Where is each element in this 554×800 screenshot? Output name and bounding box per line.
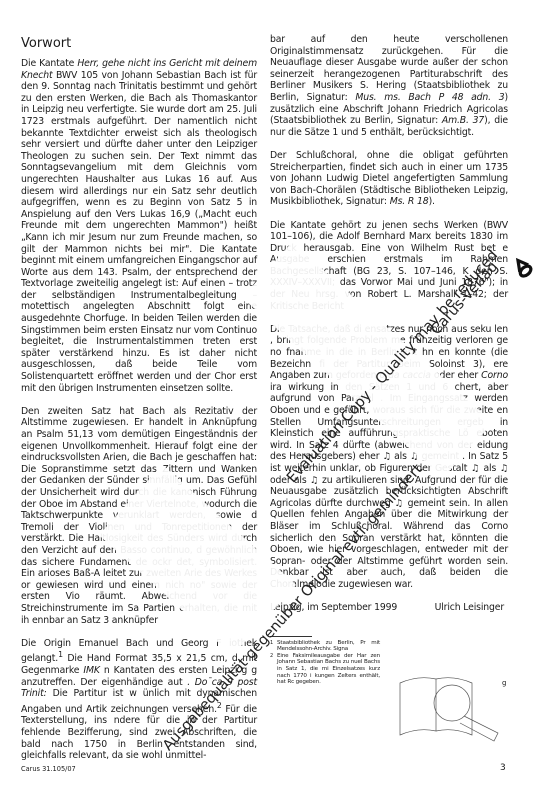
signature-line: Leipzig, im September 1999 Ulrich Leisin… [270, 602, 508, 614]
page-number: 3 [500, 763, 506, 773]
paragraph-closing-chorale: Der Schlußchoral, ohne die obligat gefüh… [270, 150, 508, 208]
catalog-number: Carus 31.105/07 [21, 765, 76, 773]
paragraph-intro: Die Kantate Herr, gehe nicht ins Gericht… [21, 58, 257, 394]
stray-glyph: g [502, 679, 506, 687]
carus-logo-icon [510, 255, 536, 281]
footnotes: 1Staatsbibliothek zu Berlin, Pr mit Mend… [270, 640, 380, 686]
author-name: Ulrich Leisinger [435, 602, 504, 614]
left-column: Die Kantate Herr, gehe nicht ins Gericht… [21, 58, 257, 773]
paragraph-copies: bar auf den heute verschollenen Original… [270, 34, 508, 138]
paragraph-sources: Die Origin Emanuel Bach und Georg F ioth… [21, 638, 257, 762]
footnote-divider [270, 636, 312, 637]
footnote-1: 1Staatsbibliothek zu Berlin, Pr mit Mend… [270, 640, 380, 653]
page-title: Vorwort [21, 36, 71, 52]
place-date: Leipzig, im September 1999 [270, 602, 397, 614]
footnote-2: 2Eine Faksimileausgabe der Har zen Johan… [270, 653, 380, 686]
book-magnifier-icon [398, 673, 508, 743]
